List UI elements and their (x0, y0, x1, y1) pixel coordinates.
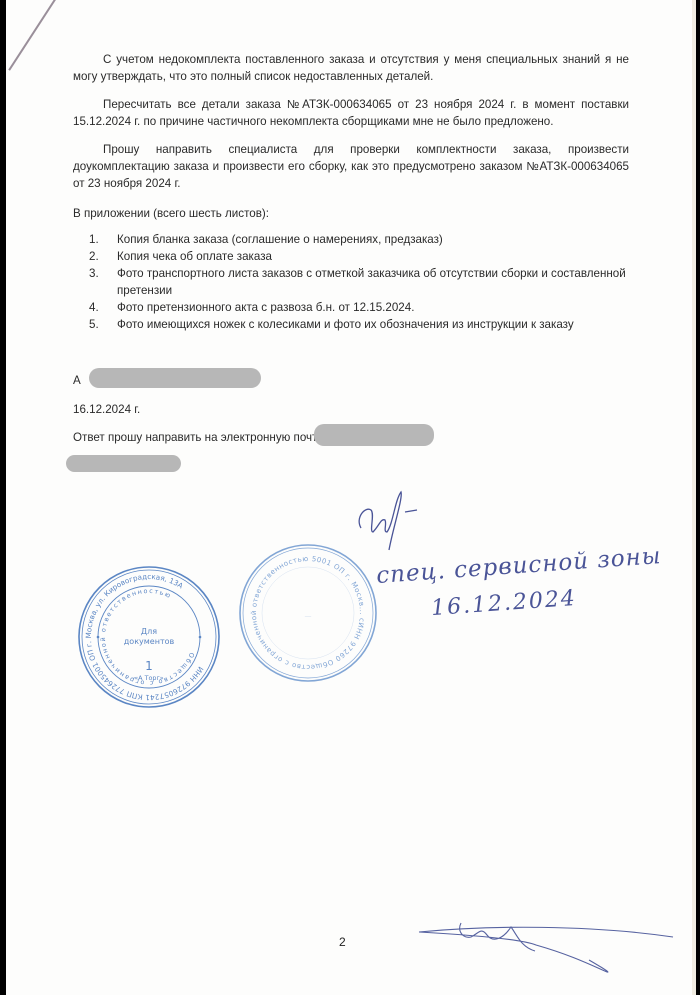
paragraph-incomplete-order: С учетом недокомплекта поставленного зак… (73, 51, 629, 85)
page-edge (692, 0, 696, 995)
redaction-phone (66, 455, 181, 472)
document-page: С учетом недокомплекта поставленного зак… (6, 0, 696, 995)
list-number: 3. (89, 265, 99, 282)
list-number: 4. (89, 299, 99, 316)
list-text: Фото имеющихся ножек с колесиками и фото… (117, 318, 574, 331)
stamp-center-line1: Для (141, 627, 157, 636)
stamp-center-line2: документов (124, 637, 175, 646)
redaction-signer-name (89, 368, 261, 388)
list-text: Копия бланка заказа (соглашение о намере… (117, 233, 443, 246)
list-number: 2. (89, 248, 99, 265)
page-number: 2 (339, 935, 346, 949)
stamp-company: «А Торг» (134, 674, 164, 682)
attachments-list: 1.Копия бланка заказа (соглашение о наме… (89, 231, 629, 333)
list-item: 5.Фото имеющихся ножек с колесиками и фо… (89, 316, 629, 333)
company-stamp-right: ИНН 97260 Общество с ограниченной ответс… (234, 538, 382, 688)
list-text: Фото претензионного акта с развоза б.н. … (117, 301, 414, 314)
attachments-heading: В приложении (всего шесть листов): (73, 205, 629, 222)
redaction-email (314, 424, 434, 446)
bottom-signature-icon (411, 915, 681, 975)
paragraph-request: Прошу направить специалиста для проверки… (73, 141, 629, 192)
list-item: 4.Фото претензионного акта с развоза б.н… (89, 299, 629, 316)
handwritten-date: 16.12.2024 (430, 586, 577, 621)
company-stamp-left: ИНН 9726057241 КПП 772645001 ОП г. Москв… (74, 562, 224, 712)
paragraph-recount: Пересчитать все детали заказа №АТЗК-0006… (73, 96, 629, 130)
list-number: 1. (89, 231, 99, 248)
stamp-right-ring-text: ИНН 97260 Общество с ограниченной ответс… (234, 538, 366, 671)
list-text: Фото транспортного листа заказов с отмет… (117, 267, 626, 297)
list-item: 2.Копия чека об оплате заказа (89, 248, 629, 265)
list-text: Копия чека об оплате заказа (117, 250, 272, 263)
document-date: 16.12.2024 г. (73, 401, 629, 418)
list-item: 1.Копия бланка заказа (соглашение о наме… (89, 231, 629, 248)
signature-icon (351, 488, 441, 558)
fold-line (8, 0, 61, 71)
list-number: 5. (89, 316, 99, 333)
stamp-right-center: — (305, 612, 312, 620)
stamp-number: 1 (145, 659, 153, 673)
list-item: 3.Фото транспортного листа заказов с отм… (89, 265, 629, 299)
